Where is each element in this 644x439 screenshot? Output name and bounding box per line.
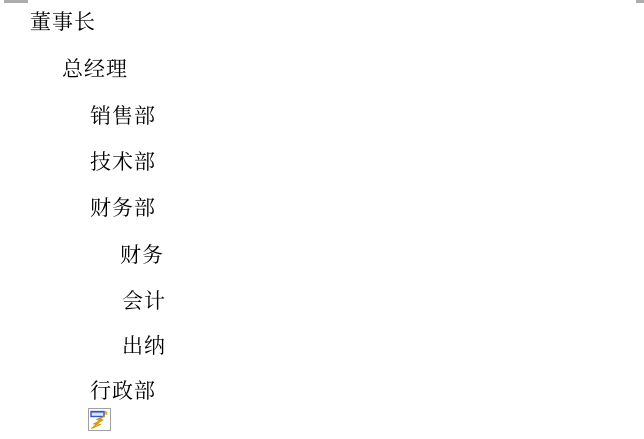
outline-item-finance-dept[interactable]: 财务部 [90, 197, 156, 219]
outline-item-finance[interactable]: 财务 [120, 244, 164, 266]
lightning-command-icon [88, 408, 111, 431]
outline-item-tech-dept[interactable]: 技术部 [90, 151, 156, 173]
outline-item-chairman[interactable]: 董事长 [30, 11, 96, 33]
outline-item-accounting[interactable]: 会计 [122, 290, 166, 312]
top-left-screen-artifact [4, 0, 28, 3]
outline-item-sales-dept[interactable]: 销售部 [90, 105, 156, 127]
embedded-object-icon[interactable] [88, 408, 111, 431]
top-right-screen-artifact [636, 0, 644, 3]
outline-item-admin-dept[interactable]: 行政部 [90, 380, 156, 402]
document-canvas[interactable]: 董事长 总经理 销售部 技术部 财务部 财务 会计 出纳 行政部 [0, 0, 644, 439]
outline-item-cashier[interactable]: 出纳 [122, 335, 166, 357]
outline-item-general-manager[interactable]: 总经理 [62, 58, 128, 80]
